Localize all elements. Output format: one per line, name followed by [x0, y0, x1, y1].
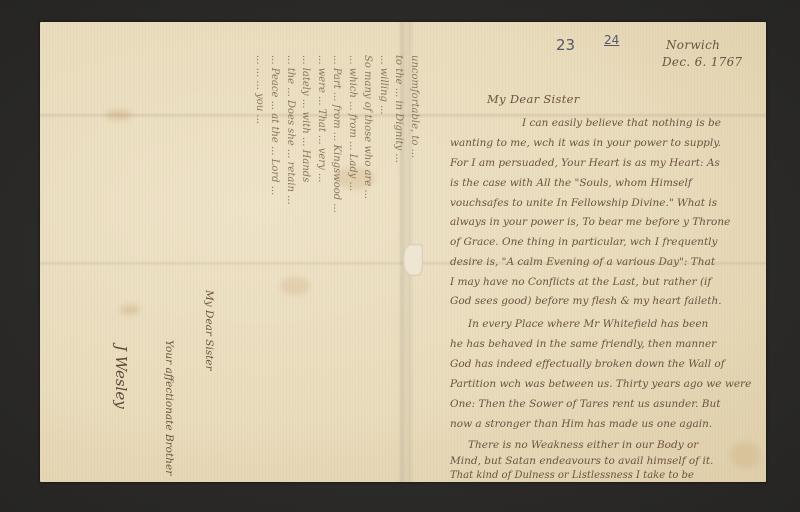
rotated-line: ... the ... Does she ... retain ... [281, 55, 297, 475]
archival-number: 23 [556, 36, 575, 54]
rotated-line: ... which ... from ... Lady ... [343, 55, 359, 475]
body-line: There is no Weakness either in our Body … [468, 439, 698, 451]
body-line: desire is, "A calm Evening of a various … [450, 256, 715, 268]
ink-stain [106, 110, 132, 120]
salutation: My Dear Sister [487, 92, 580, 106]
body-line: I may have no Conflicts at the Last, but… [450, 276, 711, 288]
body-line: One: Then the Sower of Tares rent us asu… [450, 398, 721, 410]
body-line: now a stronger than Him has made us one … [450, 418, 712, 430]
rotated-line: ... Peace ... at the ... Lord ... [265, 55, 281, 475]
archival-number: 24 [604, 33, 619, 47]
body-line: Mind, but Satan endeavours to avail hims… [450, 455, 713, 467]
corner-stain [730, 442, 760, 468]
body-line: Partition wch was between us. Thirty yea… [450, 378, 751, 390]
rotated-line: uncomfortable, to ... [405, 55, 421, 475]
closing-salutation: My Dear Sister [203, 290, 215, 371]
body-line: always in your power is, To bear me befo… [450, 216, 730, 228]
rotated-line: ... Part ... from ... Kingswood ... [327, 55, 343, 475]
body-line: vouchsafes to unite In Fellowship Divine… [450, 197, 717, 209]
rotated-line: ... ... ... you ... [250, 55, 266, 475]
rotated-letter-continuation: uncomfortable, to ... to the ... in Dign… [250, 55, 421, 475]
body-line: of Grace. One thing in particular, wch I… [450, 236, 717, 248]
body-line: wanting to me, wch it was in your power … [450, 137, 721, 149]
body-line: God has indeed effectually broken down t… [450, 358, 725, 370]
rotated-line: to the ... in Dignity ... [389, 55, 405, 475]
rotated-line: ... lately ... with ... Hands [296, 55, 312, 475]
body-line: God sees good) before my flesh & my hear… [450, 295, 722, 307]
letter-date: Dec. 6. 1767 [662, 55, 742, 69]
body-line: For I am persuaded, Your Heart is as my … [450, 157, 720, 169]
rotated-line: ... willing ... [374, 55, 390, 475]
body-line: he has behaved in the same friendly, the… [450, 338, 716, 350]
body-line: is the case with All the "Souls, whom Hi… [450, 177, 692, 189]
body-line: That kind of Dulness or Listlessness I t… [450, 470, 694, 481]
body-line: In every Place where Mr Whitefield has b… [468, 318, 708, 330]
letter-place: Norwich [666, 38, 720, 52]
body-line: I can easily believe that nothing is be [522, 117, 721, 129]
signature: J Wesley [112, 345, 130, 409]
ink-stain [120, 305, 140, 315]
rotated-line: So many of those who are ... [358, 55, 374, 475]
closing-line: Your affectionate Brother [163, 340, 175, 475]
rotated-line: ... were ... That ... very ... [312, 55, 328, 475]
